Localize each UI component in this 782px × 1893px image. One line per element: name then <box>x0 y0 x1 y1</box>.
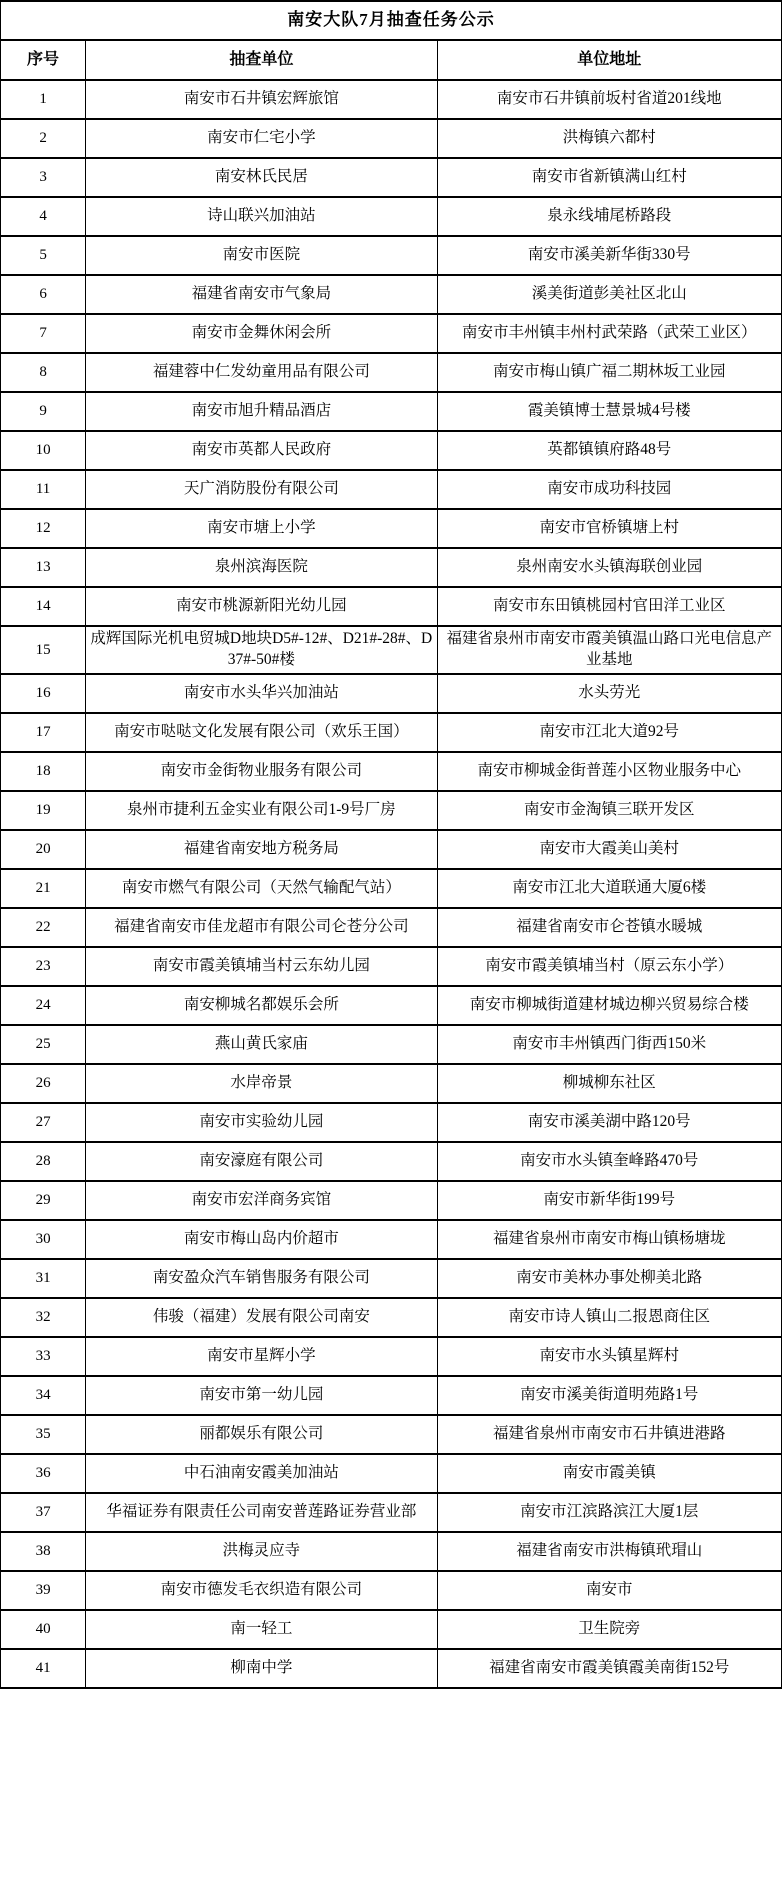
unit-address-cell: 南安市溪美街道明苑路1号 <box>437 1376 781 1415</box>
table-row: 25燕山黄氏家庙南安市丰州镇西门街西150米 <box>1 1025 782 1064</box>
table-row: 15成辉国际光机电贸城D地块D5#-12#、D21#-28#、D37#-50#楼… <box>1 626 782 674</box>
serial-no-cell: 25 <box>1 1025 86 1064</box>
table-row: 26水岸帝景柳城柳东社区 <box>1 1064 782 1103</box>
serial-no-cell: 38 <box>1 1532 86 1571</box>
serial-no-cell: 16 <box>1 674 86 713</box>
unit-address-cell: 南安市省新镇满山红村 <box>437 158 781 197</box>
inspected-unit-cell: 柳南中学 <box>86 1649 437 1688</box>
serial-no-cell: 26 <box>1 1064 86 1103</box>
inspected-unit-cell: 福建省南安市佳龙超市有限公司仑苍分公司 <box>86 908 437 947</box>
inspected-unit-cell: 南安市石井镇宏辉旅馆 <box>86 80 437 119</box>
column-header-unit-address: 单位地址 <box>437 40 781 80</box>
table-row: 14南安市桃源新阳光幼儿园南安市东田镇桃园村官田洋工业区 <box>1 587 782 626</box>
table-row: 31南安盈众汽车销售服务有限公司南安市美林办事处柳美北路 <box>1 1259 782 1298</box>
unit-address-cell: 南安市江滨路滨江大厦1层 <box>437 1493 781 1532</box>
table-row: 5南安市医院南安市溪美新华街330号 <box>1 236 782 275</box>
table-row: 23南安市霞美镇埔当村云东幼儿园南安市霞美镇埔当村（原云东小学） <box>1 947 782 986</box>
serial-no-cell: 18 <box>1 752 86 791</box>
unit-address-cell: 洪梅镇六都村 <box>437 119 781 158</box>
inspected-unit-cell: 南安市塘上小学 <box>86 509 437 548</box>
unit-address-cell: 南安市新华街199号 <box>437 1181 781 1220</box>
serial-no-cell: 20 <box>1 830 86 869</box>
unit-address-cell: 南安市梅山镇广福二期林坂工业园 <box>437 353 781 392</box>
serial-no-cell: 37 <box>1 1493 86 1532</box>
table-row: 35丽都娱乐有限公司福建省泉州市南安市石井镇进港路 <box>1 1415 782 1454</box>
serial-no-cell: 41 <box>1 1649 86 1688</box>
table-row: 4诗山联兴加油站泉永线埔尾桥路段 <box>1 197 782 236</box>
serial-no-cell: 40 <box>1 1610 86 1649</box>
serial-no-cell: 32 <box>1 1298 86 1337</box>
inspected-unit-cell: 南一轻工 <box>86 1610 437 1649</box>
serial-no-cell: 19 <box>1 791 86 830</box>
inspected-unit-cell: 伟骏（福建）发展有限公司南安 <box>86 1298 437 1337</box>
unit-address-cell: 泉州南安水头镇海联创业园 <box>437 548 781 587</box>
table-row: 8福建蓉中仁发幼童用品有限公司南安市梅山镇广福二期林坂工业园 <box>1 353 782 392</box>
serial-no-cell: 1 <box>1 80 86 119</box>
inspected-unit-cell: 天广消防股份有限公司 <box>86 470 437 509</box>
serial-no-cell: 2 <box>1 119 86 158</box>
unit-address-cell: 南安市大霞美山美村 <box>437 830 781 869</box>
inspected-unit-cell: 泉州市捷利五金实业有限公司1-9号厂房 <box>86 791 437 830</box>
serial-no-cell: 9 <box>1 392 86 431</box>
inspected-unit-cell: 南安林氏民居 <box>86 158 437 197</box>
serial-no-cell: 8 <box>1 353 86 392</box>
inspected-unit-cell: 福建蓉中仁发幼童用品有限公司 <box>86 353 437 392</box>
unit-address-cell: 福建省南安市霞美镇霞美南街152号 <box>437 1649 781 1688</box>
table-row: 40南一轻工卫生院旁 <box>1 1610 782 1649</box>
serial-no-cell: 33 <box>1 1337 86 1376</box>
inspected-unit-cell: 燕山黄氏家庙 <box>86 1025 437 1064</box>
inspected-unit-cell: 南安市梅山岛内价超市 <box>86 1220 437 1259</box>
unit-address-cell: 福建省泉州市南安市石井镇进港路 <box>437 1415 781 1454</box>
unit-address-cell: 溪美街道彭美社区北山 <box>437 275 781 314</box>
serial-no-cell: 30 <box>1 1220 86 1259</box>
table-row: 37华福证券有限责任公司南安普莲路证券营业部南安市江滨路滨江大厦1层 <box>1 1493 782 1532</box>
unit-address-cell: 南安市水头镇星辉村 <box>437 1337 781 1376</box>
inspected-unit-cell: 南安柳城名都娱乐会所 <box>86 986 437 1025</box>
serial-no-cell: 22 <box>1 908 86 947</box>
inspected-unit-cell: 南安市水头华兴加油站 <box>86 674 437 713</box>
unit-address-cell: 南安市水头镇奎峰路470号 <box>437 1142 781 1181</box>
unit-address-cell: 南安市柳城金街普莲小区物业服务中心 <box>437 752 781 791</box>
serial-no-cell: 28 <box>1 1142 86 1181</box>
serial-no-cell: 11 <box>1 470 86 509</box>
table-row: 36中石油南安霞美加油站南安市霞美镇 <box>1 1454 782 1493</box>
inspected-unit-cell: 南安市燃气有限公司（天然气输配气站） <box>86 869 437 908</box>
inspected-unit-cell: 南安市金街物业服务有限公司 <box>86 752 437 791</box>
serial-no-cell: 14 <box>1 587 86 626</box>
serial-no-cell: 23 <box>1 947 86 986</box>
inspected-unit-cell: 南安市第一幼儿园 <box>86 1376 437 1415</box>
unit-address-cell: 南安市诗人镇山二报恩商住区 <box>437 1298 781 1337</box>
unit-address-cell: 南安市霞美镇埔当村（原云东小学） <box>437 947 781 986</box>
unit-address-cell: 南安市成功科技园 <box>437 470 781 509</box>
table-row: 19泉州市捷利五金实业有限公司1-9号厂房南安市金淘镇三联开发区 <box>1 791 782 830</box>
unit-address-cell: 南安市江北大道92号 <box>437 713 781 752</box>
serial-no-cell: 35 <box>1 1415 86 1454</box>
table-row: 13泉州滨海医院泉州南安水头镇海联创业园 <box>1 548 782 587</box>
inspected-unit-cell: 南安市实验幼儿园 <box>86 1103 437 1142</box>
inspected-unit-cell: 丽都娱乐有限公司 <box>86 1415 437 1454</box>
column-header-inspected-unit: 抽查单位 <box>86 40 437 80</box>
table-row: 3南安林氏民居南安市省新镇满山红村 <box>1 158 782 197</box>
inspected-unit-cell: 水岸帝景 <box>86 1064 437 1103</box>
table-row: 7南安市金舞休闲会所南安市丰州镇丰州村武荣路（武荣工业区） <box>1 314 782 353</box>
table-row: 22福建省南安市佳龙超市有限公司仑苍分公司福建省南安市仑苍镇水暖城 <box>1 908 782 947</box>
table-row: 9南安市旭升精品酒店霞美镇博士慧景城4号楼 <box>1 392 782 431</box>
unit-address-cell: 泉永线埔尾桥路段 <box>437 197 781 236</box>
unit-address-cell: 南安市柳城街道建材城边柳兴贸易综合楼 <box>437 986 781 1025</box>
serial-no-cell: 39 <box>1 1571 86 1610</box>
inspected-unit-cell: 华福证券有限责任公司南安普莲路证券营业部 <box>86 1493 437 1532</box>
serial-no-cell: 36 <box>1 1454 86 1493</box>
serial-no-cell: 10 <box>1 431 86 470</box>
inspected-unit-cell: 南安市桃源新阳光幼儿园 <box>86 587 437 626</box>
inspected-unit-cell: 泉州滨海医院 <box>86 548 437 587</box>
table-row: 21南安市燃气有限公司（天然气输配气站）南安市江北大道联通大厦6楼 <box>1 869 782 908</box>
inspected-unit-cell: 洪梅灵应寺 <box>86 1532 437 1571</box>
inspected-unit-cell: 南安市宏洋商务宾馆 <box>86 1181 437 1220</box>
serial-no-cell: 12 <box>1 509 86 548</box>
unit-address-cell: 南安市官桥镇塘上村 <box>437 509 781 548</box>
table-row: 41柳南中学福建省南安市霞美镇霞美南街152号 <box>1 1649 782 1688</box>
inspection-task-table: 南安大队7月抽查任务公示 序号 抽查单位 单位地址 1南安市石井镇宏辉旅馆南安市… <box>0 0 782 1689</box>
page-title: 南安大队7月抽查任务公示 <box>1 1 782 40</box>
inspected-unit-cell: 中石油南安霞美加油站 <box>86 1454 437 1493</box>
table-row: 2南安市仁宅小学洪梅镇六都村 <box>1 119 782 158</box>
table-row: 10南安市英都人民政府英都镇镇府路48号 <box>1 431 782 470</box>
column-header-serial-no: 序号 <box>1 40 86 80</box>
inspected-unit-cell: 南安市德发毛衣织造有限公司 <box>86 1571 437 1610</box>
unit-address-cell: 福建省泉州市南安市梅山镇杨塘垅 <box>437 1220 781 1259</box>
table-row: 39南安市德发毛衣织造有限公司南安市 <box>1 1571 782 1610</box>
inspected-unit-cell: 南安市霞美镇埔当村云东幼儿园 <box>86 947 437 986</box>
serial-no-cell: 5 <box>1 236 86 275</box>
unit-address-cell: 霞美镇博士慧景城4号楼 <box>437 392 781 431</box>
table-body: 1南安市石井镇宏辉旅馆南安市石井镇前坂村省道201线地2南安市仁宅小学洪梅镇六都… <box>1 80 782 1688</box>
table-row: 18南安市金街物业服务有限公司南安市柳城金街普莲小区物业服务中心 <box>1 752 782 791</box>
unit-address-cell: 南安市丰州镇丰州村武荣路（武荣工业区） <box>437 314 781 353</box>
table-row: 20福建省南安地方税务局南安市大霞美山美村 <box>1 830 782 869</box>
serial-no-cell: 34 <box>1 1376 86 1415</box>
table-row: 29南安市宏洋商务宾馆南安市新华街199号 <box>1 1181 782 1220</box>
serial-no-cell: 29 <box>1 1181 86 1220</box>
inspected-unit-cell: 南安市英都人民政府 <box>86 431 437 470</box>
serial-no-cell: 13 <box>1 548 86 587</box>
table-row: 33南安市星辉小学南安市水头镇星辉村 <box>1 1337 782 1376</box>
serial-no-cell: 24 <box>1 986 86 1025</box>
table-row: 27南安市实验幼儿园南安市溪美湖中路120号 <box>1 1103 782 1142</box>
inspected-unit-cell: 福建省南安市气象局 <box>86 275 437 314</box>
unit-address-cell: 卫生院旁 <box>437 1610 781 1649</box>
serial-no-cell: 7 <box>1 314 86 353</box>
table-header-row: 序号 抽查单位 单位地址 <box>1 40 782 80</box>
serial-no-cell: 4 <box>1 197 86 236</box>
inspected-unit-cell: 福建省南安地方税务局 <box>86 830 437 869</box>
unit-address-cell: 南安市石井镇前坂村省道201线地 <box>437 80 781 119</box>
unit-address-cell: 南安市东田镇桃园村官田洋工业区 <box>437 587 781 626</box>
unit-address-cell: 英都镇镇府路48号 <box>437 431 781 470</box>
table-row: 32伟骏（福建）发展有限公司南安南安市诗人镇山二报恩商住区 <box>1 1298 782 1337</box>
inspected-unit-cell: 南安市哒哒文化发展有限公司（欢乐王国） <box>86 713 437 752</box>
inspected-unit-cell: 南安市医院 <box>86 236 437 275</box>
unit-address-cell: 南安市溪美新华街330号 <box>437 236 781 275</box>
unit-address-cell: 福建省南安市仑苍镇水暖城 <box>437 908 781 947</box>
table-title-row: 南安大队7月抽查任务公示 <box>1 1 782 40</box>
serial-no-cell: 21 <box>1 869 86 908</box>
unit-address-cell: 南安市金淘镇三联开发区 <box>437 791 781 830</box>
table-row: 30南安市梅山岛内价超市福建省泉州市南安市梅山镇杨塘垅 <box>1 1220 782 1259</box>
table-row: 34南安市第一幼儿园南安市溪美街道明苑路1号 <box>1 1376 782 1415</box>
serial-no-cell: 17 <box>1 713 86 752</box>
table-row: 38洪梅灵应寺福建省南安市洪梅镇玳瑁山 <box>1 1532 782 1571</box>
table-row: 24南安柳城名都娱乐会所南安市柳城街道建材城边柳兴贸易综合楼 <box>1 986 782 1025</box>
inspected-unit-cell: 南安市仁宅小学 <box>86 119 437 158</box>
unit-address-cell: 南安市江北大道联通大厦6楼 <box>437 869 781 908</box>
unit-address-cell: 福建省泉州市南安市霞美镇温山路口光电信息产业基地 <box>437 626 781 674</box>
inspected-unit-cell: 南安盈众汽车销售服务有限公司 <box>86 1259 437 1298</box>
unit-address-cell: 南安市丰州镇西门街西150米 <box>437 1025 781 1064</box>
unit-address-cell: 南安市溪美湖中路120号 <box>437 1103 781 1142</box>
inspected-unit-cell: 南安市金舞休闲会所 <box>86 314 437 353</box>
inspected-unit-cell: 诗山联兴加油站 <box>86 197 437 236</box>
table-row: 1南安市石井镇宏辉旅馆南安市石井镇前坂村省道201线地 <box>1 80 782 119</box>
serial-no-cell: 27 <box>1 1103 86 1142</box>
unit-address-cell: 南安市 <box>437 1571 781 1610</box>
table-row: 28南安濠庭有限公司南安市水头镇奎峰路470号 <box>1 1142 782 1181</box>
unit-address-cell: 南安市霞美镇 <box>437 1454 781 1493</box>
serial-no-cell: 31 <box>1 1259 86 1298</box>
serial-no-cell: 3 <box>1 158 86 197</box>
table-row: 6福建省南安市气象局溪美街道彭美社区北山 <box>1 275 782 314</box>
inspected-unit-cell: 南安市旭升精品酒店 <box>86 392 437 431</box>
unit-address-cell: 南安市美林办事处柳美北路 <box>437 1259 781 1298</box>
serial-no-cell: 15 <box>1 626 86 674</box>
inspected-unit-cell: 成辉国际光机电贸城D地块D5#-12#、D21#-28#、D37#-50#楼 <box>86 626 437 674</box>
inspected-unit-cell: 南安濠庭有限公司 <box>86 1142 437 1181</box>
unit-address-cell: 柳城柳东社区 <box>437 1064 781 1103</box>
table-row: 11天广消防股份有限公司南安市成功科技园 <box>1 470 782 509</box>
unit-address-cell: 福建省南安市洪梅镇玳瑁山 <box>437 1532 781 1571</box>
table-row: 16南安市水头华兴加油站水头劳光 <box>1 674 782 713</box>
table-row: 17南安市哒哒文化发展有限公司（欢乐王国）南安市江北大道92号 <box>1 713 782 752</box>
table-row: 12南安市塘上小学南安市官桥镇塘上村 <box>1 509 782 548</box>
inspected-unit-cell: 南安市星辉小学 <box>86 1337 437 1376</box>
unit-address-cell: 水头劳光 <box>437 674 781 713</box>
serial-no-cell: 6 <box>1 275 86 314</box>
